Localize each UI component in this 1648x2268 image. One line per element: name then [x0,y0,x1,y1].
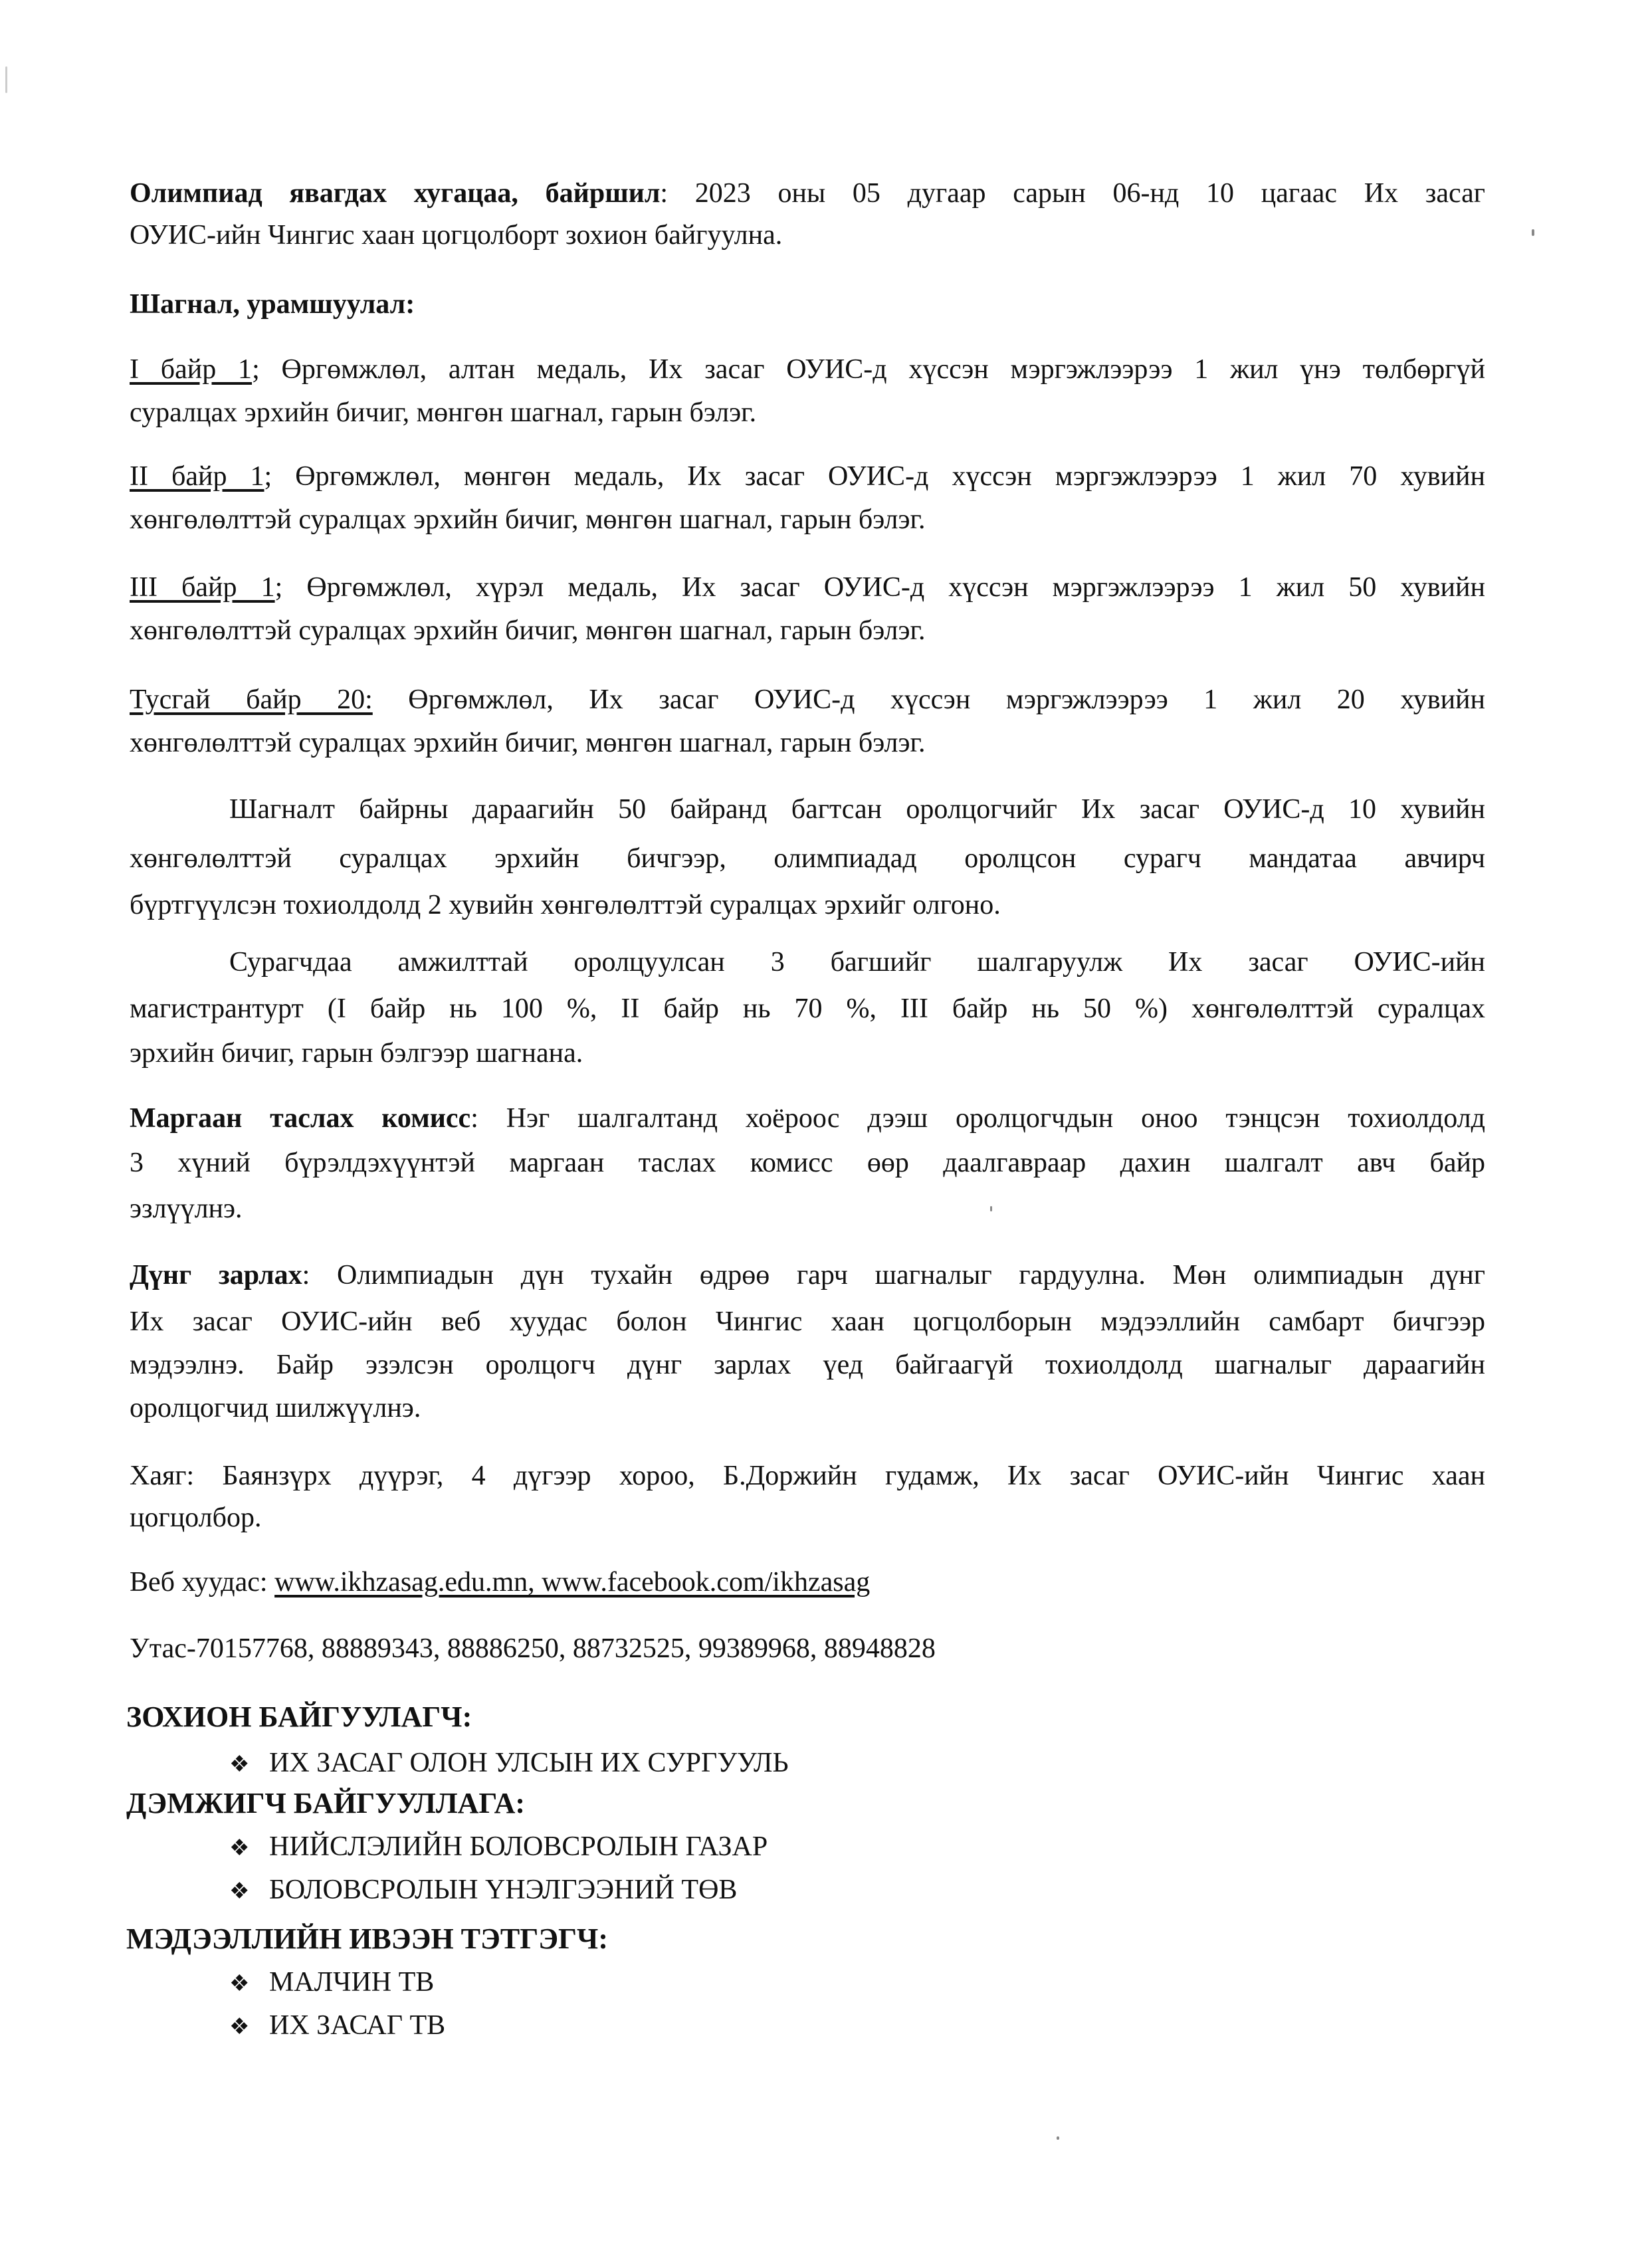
award-special-line-2: хөнгөлөлттэй суралцах эрхийн бичиг, мөнг… [130,729,1485,757]
address-line-2: цогцолбор. [130,1504,1485,1532]
results-line-3: мэдээлнэ. Байр эзэлсэн оролцогч дүнг зар… [130,1351,1485,1379]
award-1-line-1: I байр 1; Өргөмжлөл, алтан медаль, Их за… [130,356,1485,383]
award-3-line-2: хөнгөлөлттэй суралцах эрхийн бичиг, мөнг… [130,617,1485,645]
supporter-item: ❖БОЛОВСРОЛЫН ҮНЭЛГЭЭНИЙ ТӨВ [229,1876,1585,1904]
web-label: Веб хуудас: [130,1567,274,1598]
award-3-place: III байр 1 [130,572,275,603]
phone-line: Утас-70157768, 88889343, 88886250, 88732… [130,1635,1485,1663]
media-heading: МЭДЭЭЛЛИЙН ИВЭЭН ТЭТГЭГЧ: [126,1924,1482,1954]
para2-line-1: Сурагчдаа амжилттай оролцуулсан 3 багший… [229,948,1485,976]
para1-line-1: Шагналт байрны дараагийн 50 байранд багт… [229,795,1485,823]
dispute-line-1: Маргаан таслах комисс: Нэг шалгалтанд хо… [130,1104,1485,1132]
award-special-place: Тусгай байр 20: [130,684,373,715]
diamond-bullet-icon: ❖ [229,1754,269,1776]
scan-speck [1532,229,1534,236]
web-line: Веб хуудас: www.ikhzasag.edu.mn, www.fac… [130,1568,1485,1596]
para1-line-2: хөнгөлөлттэй суралцах эрхийн бичгээр, ол… [130,845,1485,873]
media-item: ❖ИХ ЗАСАГ ТВ [229,2011,1585,2039]
award-special-line-1: Тусгай байр 20: Өргөмжлөл, Их засаг ОУИС… [130,686,1485,714]
para1-line-3: бүртгүүлсэн тохиолдолд 2 хувийн хөнгөлөл… [130,891,1485,919]
results-line-1: Дүнг зарлах: Олимпиадын дүн тухайн өдрөө… [130,1261,1485,1289]
scan-speck [5,66,7,93]
scan-speck [990,1206,992,1211]
schedule-line-2: ОУИС-ийн Чингис хаан цогцолборт зохион б… [130,221,1485,249]
schedule-line-1: Олимпиад явагдах хугацаа, байршил: 2023 … [130,179,1485,207]
diamond-bullet-icon: ❖ [229,1973,269,1996]
organizer-item: ❖ИХ ЗАСАГ ОЛОН УЛСЫН ИХ СУРГУУЛЬ [229,1749,1585,1777]
media-item: ❖МАЛЧИН ТВ [229,1968,1585,1996]
award-2-line-1: II байр 1; Өргөмжлөл, мөнгөн медаль, Их … [130,463,1485,490]
dispute-line-3: эзлүүлнэ. [130,1195,1485,1223]
results-line-4: оролцогчид шилжүүлнэ. [130,1394,1485,1422]
address-line-1: Хаяг: Баянзүрх дүүрэг, 4 дүгээр хороо, Б… [130,1462,1485,1490]
diamond-bullet-icon: ❖ [229,2016,269,2039]
dispute-line-2: 3 хүний бүрэлдэхүүнтэй маргаан таслах ко… [130,1149,1485,1177]
award-1-line-2: суралцах эрхийн бичиг, мөнгөн шагнал, га… [130,399,1485,427]
supporter-heading: ДЭМЖИГЧ БАЙГУУЛЛАГА: [126,1789,1482,1818]
dispute-label: Маргаан таслах комисс [130,1103,470,1134]
award-3-line-1: III байр 1; Өргөмжлөл, хүрэл медаль, Их … [130,573,1485,601]
results-label: Дүнг зарлах [130,1260,302,1290]
web-links[interactable]: www.ikhzasag.edu.mn, www.facebook.com/ik… [274,1567,870,1598]
para2-line-2: магистрантурт (I байр нь 100 %, II байр … [130,995,1485,1023]
schedule-label: Олимпиад явагдах хугацаа, байршил [130,178,660,209]
organizer-heading: ЗОХИОН БАЙГУУЛАГЧ: [126,1702,1482,1732]
award-1-place: I байр 1 [130,354,252,385]
award-2-place: II байр 1 [130,461,264,492]
awards-heading: Шагнал, урамшуулал: [130,290,1485,318]
award-2-line-2: хөнгөлөлттэй суралцах эрхийн бичиг, мөнг… [130,506,1485,534]
diamond-bullet-icon: ❖ [229,1837,269,1860]
scan-speck [1057,2136,1059,2140]
results-line-2: Их засаг ОУИС-ийн веб хуудас болон Чинги… [130,1308,1485,1336]
supporter-item: ❖НИЙСЛЭЛИЙН БОЛОВСРОЛЫН ГАЗАР [229,1833,1585,1861]
diamond-bullet-icon: ❖ [229,1881,269,1903]
para2-line-3: эрхийн бичиг, гарын бэлгээр шагнана. [130,1039,1485,1067]
